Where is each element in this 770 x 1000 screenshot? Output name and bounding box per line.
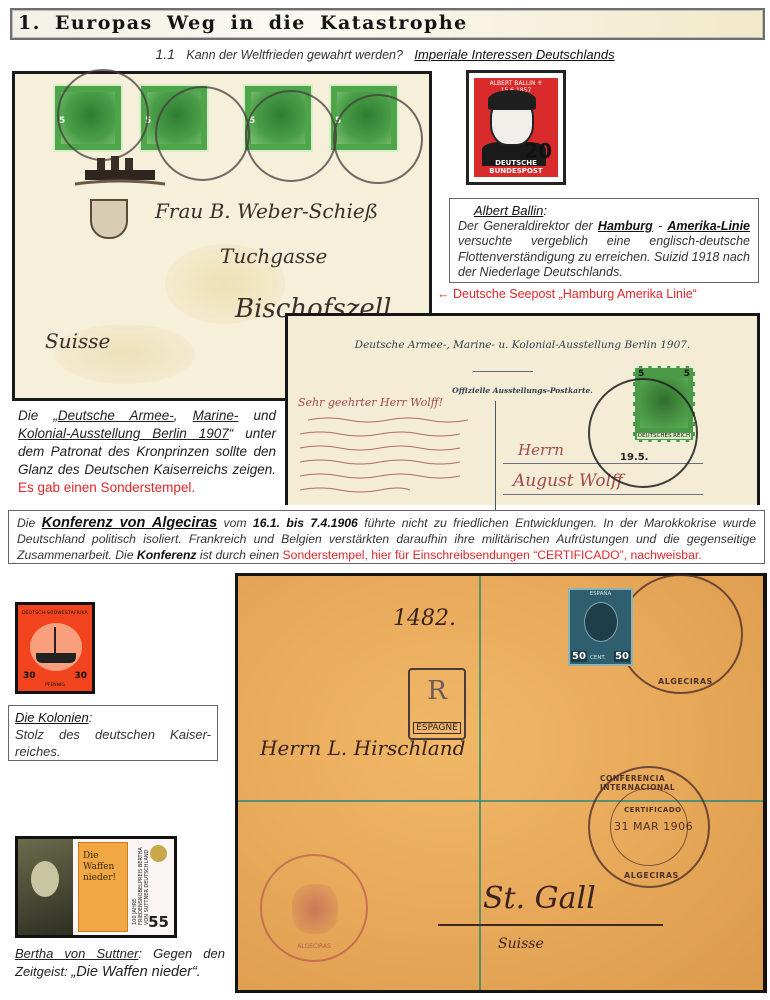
seepost-postmark	[245, 90, 337, 182]
page-title: 1. Europas Weg in die Katastrophe	[18, 12, 468, 34]
certificado-note: Sonderstempel, hier für Einschreibsendun…	[283, 548, 702, 562]
marine-link[interactable]: Marine-	[193, 408, 239, 423]
suttner-caption: Bertha von Suttner: Gegen den Zeitgeist:…	[15, 945, 225, 981]
recipient-line: Herrn	[518, 441, 564, 459]
docket-number: 1482.	[393, 606, 456, 631]
bertha-von-suttner-stamp-image: Die Waffen nieder! 100 JAHRE FRIEDENSNOB…	[15, 836, 177, 938]
section-subheading: 1.1 Kann der Weltfrieden gewahrt werden?…	[0, 46, 770, 62]
berlin-exhibition-postcard-image: Deutsche Armee-, Marine- u. Kolonial-Aus…	[285, 313, 760, 505]
armee-link[interactable]: Deutsche Armee-	[58, 408, 174, 423]
amerika-linie-link[interactable]: Amerika-Linie	[667, 219, 750, 233]
seepost-postmark	[57, 69, 149, 161]
section-question: Kann der Weltfrieden gewahrt werden?	[186, 48, 403, 62]
textbox-title: Die Kolonien	[15, 710, 89, 725]
albert-ballin-textbox: Albert Ballin: Der Generaldirektor der H…	[449, 198, 759, 283]
sonderstempel-note: Es gab einen Sonderstempel.	[18, 480, 195, 495]
algeciras-registered-cover-image: 1482. R ESPAGNE ALGECIRAS ESPAÑA 50 CENT…	[235, 573, 767, 993]
address-country: Suisse	[45, 329, 110, 353]
address-country: Suisse	[498, 936, 544, 952]
seepost-annotation: ← Deutsche Seepost „Hamburg Amerika Lini…	[437, 287, 697, 301]
algeciras-textbox: Die Konferenz von Algeciras vom 16.1. bi…	[8, 510, 765, 564]
handwritten-message	[298, 414, 488, 504]
german-consulate-seal: ALGECIRAS	[260, 854, 368, 962]
spanish-alfonso-stamp: ESPAÑA 50 CENT. 50	[568, 588, 633, 666]
conference-postmark: ALGECIRAS	[618, 574, 743, 694]
page-title-banner: 1. Europas Weg in die Katastrophe	[10, 8, 765, 40]
hamburg-link[interactable]: Hamburg	[598, 219, 653, 233]
section-link[interactable]: Imperiale Interessen Deutschlands	[414, 47, 614, 62]
postcard-title: Deutsche Armee-, Marine- u. Kolonial-Aus…	[288, 339, 757, 351]
kolonial-ausstellung-link[interactable]: Kolonial-Ausstellung Berlin 1907	[18, 426, 229, 441]
seepost-postmark	[155, 86, 250, 181]
postcard-greeting: Sehr geehrter Herr Wolff!	[298, 396, 443, 409]
address-line: St. Gall	[483, 881, 596, 916]
colonial-ship-stamp-image: DEUTSCH-SÜDWESTAFRIKA 30 30 PFENNIG	[15, 602, 95, 694]
hapag-emblem	[90, 199, 128, 239]
eagle-icon	[292, 884, 338, 934]
exhibition-postmark: 19.5.	[588, 378, 698, 488]
certificado-postmark: CONFERENCIA INTERNACIONAL CERTIFICADO 31…	[588, 766, 710, 888]
algeciras-link[interactable]: Konferenz von Algeciras	[42, 515, 217, 531]
address-line: Tuchgasse	[220, 244, 327, 268]
section-number: 1.1	[155, 46, 174, 62]
address-line: Frau B. Weber-Schieß	[155, 199, 378, 223]
address-line: Herrn L. Hirschland	[260, 736, 465, 760]
stamp-issuer: DEUTSCHE BUNDESPOST	[474, 159, 558, 175]
registration-handstamp: R ESPAGNE	[408, 668, 466, 740]
textbox-title: Albert Ballin:	[474, 203, 750, 219]
steamship-illustration	[75, 154, 165, 189]
exhibition-caption: Die „Deutsche Armee-, Marine- und Koloni…	[18, 407, 276, 497]
albert-ballin-stamp-image: ALBERT BALLIN ✝ 15.6.1857 20 DEUTSCHE BU…	[466, 70, 566, 185]
seepost-postmark	[333, 94, 423, 184]
kolonien-textbox: Die Kolonien: Stolz des deutschen Kaiser…	[8, 705, 218, 761]
nobel-medal-icon	[150, 845, 167, 862]
